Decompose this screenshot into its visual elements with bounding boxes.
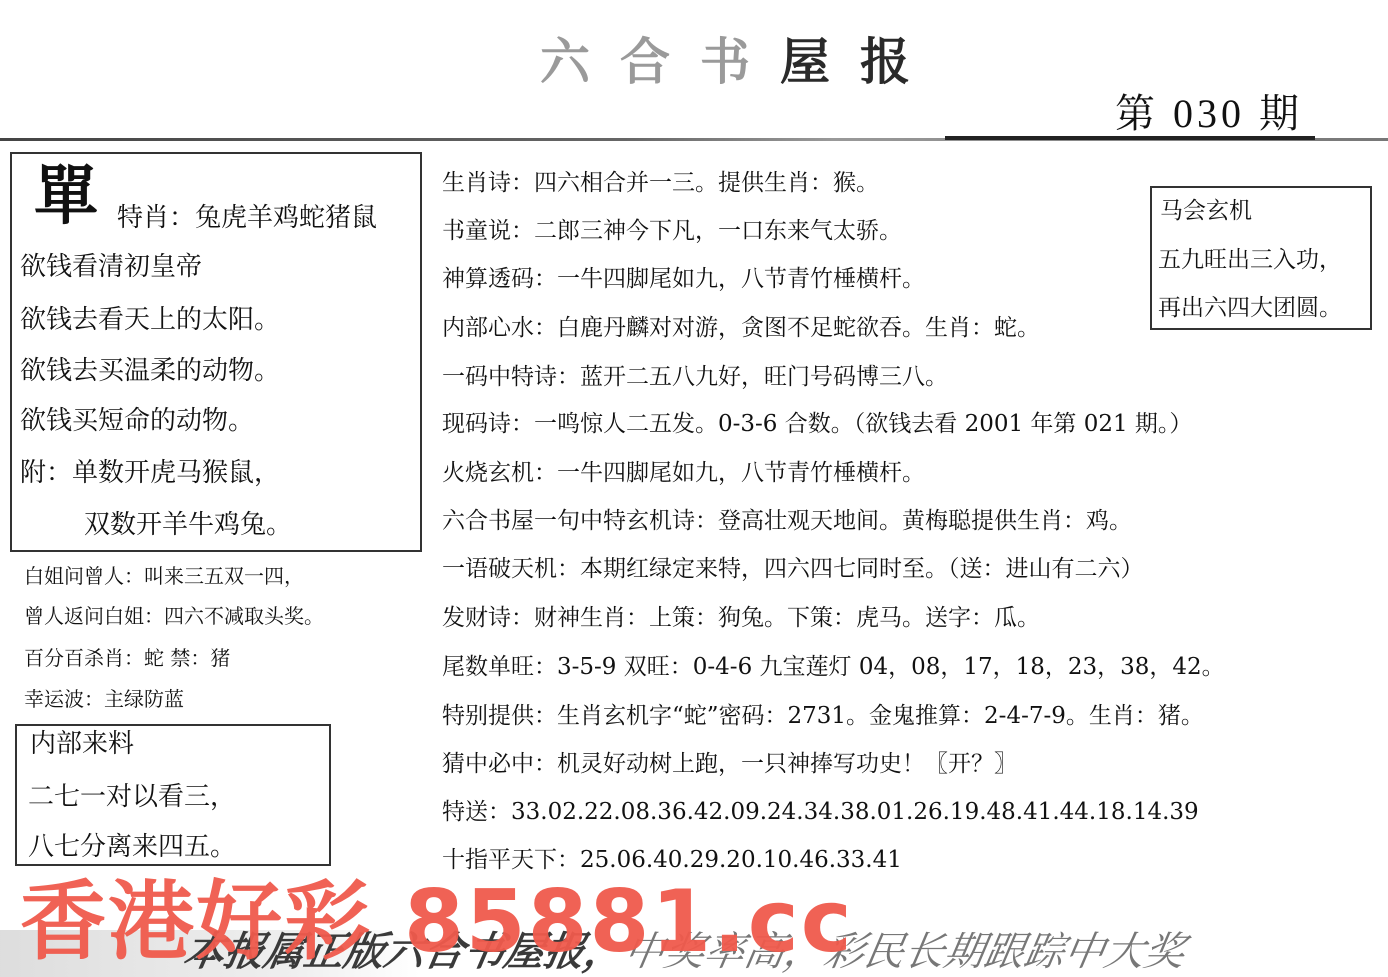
masthead-char: 六 [540,33,620,91]
main-line-divine-code: 神算透码：一牛四脚尾如九，八节青竹棰横杆。 [442,268,925,291]
main-line-special-numbers: 特送：33.02.22.08.36.42.09.24.34.38.01.26.1… [442,801,1199,824]
masthead-char: 合 [620,33,700,91]
left-note: 曾人返问白姐：四六不减取头奖。 [24,606,324,626]
single-line: 欲钱去买温柔的动物。 [20,358,280,384]
special-zodiac-line: 特肖：兔虎羊鸡蛇猪鼠 [117,205,377,231]
main-line-inside-tip: 内部心水：白鹿丹麟对对游，贪图不足蛇欲吞。生肖：蛇。 [442,317,1040,340]
main-line-bookhouse-poem: 六合书屋一句中特玄机诗：登高壮观天地间。黄梅聪提供生肖：鸡。 [442,510,1132,533]
issue-number: 第 030 期 [1115,82,1303,139]
masthead-char: 屋 [780,33,860,91]
issue-underline [945,136,1315,140]
single-line: 双数开羊牛鸡兔。 [84,512,292,538]
single-line: 欲钱去看天上的太阳。 [20,307,280,333]
main-line-zodiac-poem: 生肖诗：四六相合并一三。提供生肖：猴。 [442,172,879,195]
main-line-tail-numbers: 尾数单旺：3-5-9 双旺：0-4-6 九宝莲灯 04，08，17，18，23，… [442,656,1225,679]
masthead-title: 六合书屋报 [540,22,940,94]
inner-box-line: 二七一对以看三， [28,784,236,810]
masthead-char: 报 [860,33,940,91]
main-line-fire-mystery: 火烧玄机：一牛四脚尾如九，八节青竹棰横杆。 [442,462,925,485]
horse-box-title: 马会玄机 [1160,200,1252,223]
main-line-current-code: 现码诗：一鸣惊人二五发。0-3-6 合数。（欲钱去看 2001 年第 021 期… [442,413,1192,436]
site-watermark: 香港好彩 85881.cc [20,852,854,976]
single-line: 欲钱买短命的动物。 [20,408,254,434]
single-char-logo: 單 [34,165,98,229]
main-line-book-boy: 书童说：二郎三神今下凡，一口东来气太骄。 [442,220,902,243]
main-line-riddle: 猜中必中：机灵好动树上跑，一只神捧写功史！〖开？〗 [442,753,1017,776]
single-line: 欲钱看清初皇帝 [20,254,202,280]
main-line-special-offer: 特别提供：生肖玄机字“蛇”密码：2731。金鬼推算：2-4-7-9。生肖：猪。 [442,705,1204,728]
main-line-fortune-poem: 发财诗：财神生肖：上策：狗兔。下策：虎马。送字：瓜。 [442,607,1040,630]
left-note: 白姐问曾人：叫来三五双一四， [24,566,304,586]
horse-box-line: 五九旺出三入功， [1158,249,1342,272]
main-line-one-code: 一码中特诗：蓝开二五八九好，旺门号码博三八。 [442,366,948,389]
main-line-one-word: 一语破天机：本期红绿定来特，四六四七同时至。（送：进山有二六） [442,558,1144,581]
inner-box-title: 内部来料 [30,731,134,757]
masthead-char: 书 [700,33,780,91]
left-note: 百分百杀肖：蛇 禁：猪 [24,648,230,668]
left-note: 幸运波：主绿防蓝 [24,689,184,709]
horse-box-line: 再出六四大团圆。 [1158,297,1342,320]
single-line: 附：单数开虎马猴鼠， [20,460,280,486]
